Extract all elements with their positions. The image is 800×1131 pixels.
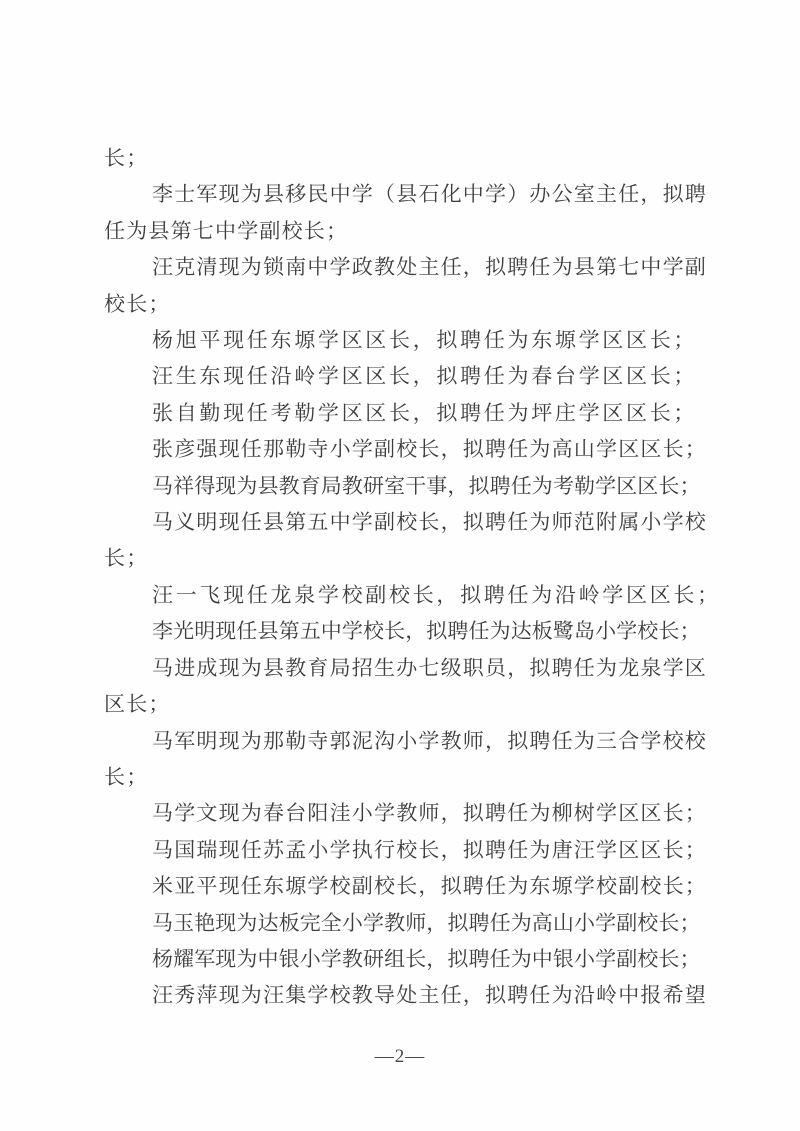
text-line: 李光明现任县第五中学校长，拟聘任为达板鹭岛小学校长；: [104, 613, 716, 649]
text-line: 汪一飞现任龙泉学校副校长，拟聘任为沿岭学区区长；: [104, 577, 716, 613]
text-line: 马进成现为县教育局招生办七级职员，拟聘任为龙泉学区: [104, 650, 716, 686]
text-line: 长；: [104, 759, 716, 795]
text-line: 马军明现为那勒寺郭泥沟小学教师，拟聘任为三合学校校: [104, 723, 716, 759]
text-line: 张彦强现任那勒寺小学副校长，拟聘任为高山学区区长；: [104, 431, 716, 467]
text-line: 长；: [104, 140, 716, 176]
text-line: 任为县第七中学副校长；: [104, 213, 716, 249]
text-line: 长；: [104, 540, 716, 576]
document-page: 长； 李士军现为县移民中学（县石化中学）办公室主任，拟聘 任为县第七中学副校长；…: [0, 0, 800, 1131]
text-line: 米亚平现任东塬学校副校长，拟聘任为东塬学校副校长；: [104, 868, 716, 904]
text-line: 校长；: [104, 286, 716, 322]
text-line: 汪克清现为锁南中学政教处主任，拟聘任为县第七中学副: [104, 249, 716, 285]
text-line: 马玉艳现为达板完全小学教师，拟聘任为高山小学副校长；: [104, 905, 716, 941]
text-line: 马学文现为春台阳洼小学教师，拟聘任为柳树学区区长；: [104, 795, 716, 831]
text-line: 汪秀萍现为汪集学校教导处主任，拟聘任为沿岭中报希望: [104, 977, 716, 1013]
text-line: 李士军现为县移民中学（县石化中学）办公室主任，拟聘: [104, 176, 716, 212]
text-line: 杨耀军现为中银小学教研组长，拟聘任为中银小学副校长；: [104, 941, 716, 977]
page-number: —2—: [0, 1046, 800, 1068]
document-body: 长； 李士军现为县移民中学（县石化中学）办公室主任，拟聘 任为县第七中学副校长；…: [104, 140, 716, 1014]
text-line: 杨旭平现任东塬学区区长，拟聘任为东塬学区区长；: [104, 322, 716, 358]
text-line: 马祥得现为县教育局教研室干事，拟聘任为考勒学区区长；: [104, 468, 716, 504]
text-line: 马义明现任县第五中学副校长，拟聘任为师范附属小学校: [104, 504, 716, 540]
text-line: 汪生东现任沿岭学区区长，拟聘任为春台学区区长；: [104, 358, 716, 394]
text-line: 马国瑞现任苏孟小学执行校长，拟聘任为唐汪学区区长；: [104, 832, 716, 868]
text-line: 张自勤现任考勒学区区长，拟聘任为坪庄学区区长；: [104, 395, 716, 431]
text-line: 区长；: [104, 686, 716, 722]
